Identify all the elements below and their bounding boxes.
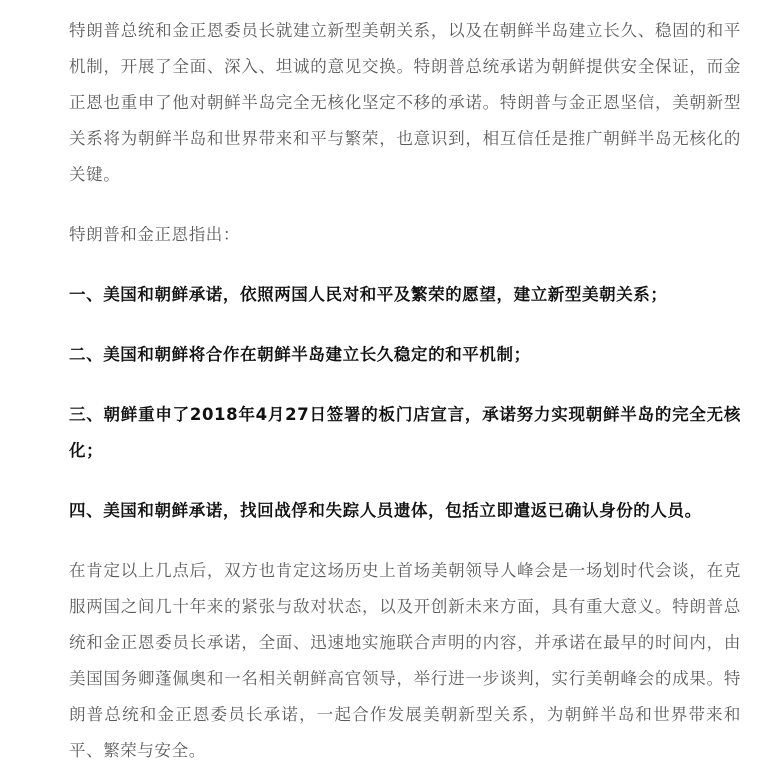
point-four: 四、美国和朝鲜承诺，找回战俘和失踪人员遗体，包括立即遣返已确认身份的人员。 (69, 493, 741, 529)
spacer (69, 529, 741, 553)
spacer (69, 373, 741, 397)
spacer (69, 313, 741, 337)
spacer (69, 253, 741, 277)
conclusion-paragraph: 在肯定以上几点后，双方也肯定这场历史上首场美朝领导人峰会是一场划时代会谈，在克服… (69, 553, 741, 763)
points-lead-in: 特朗普和金正恩指出： (69, 217, 741, 253)
point-three: 三、朝鲜重申了2018年4月27日签署的板门店宣言，承诺努力实现朝鲜半岛的完全无… (69, 397, 741, 469)
article-body: 特朗普总统和金正恩委员长就建立新型美朝关系，以及在朝鲜半岛建立长久、稳固的和平机… (69, 13, 741, 763)
point-one: 一、美国和朝鲜承诺，依照两国人民对和平及繁荣的愿望，建立新型美朝关系； (69, 277, 741, 313)
point-two: 二、美国和朝鲜将合作在朝鲜半岛建立长久稳定的和平机制； (69, 337, 741, 373)
intro-paragraph: 特朗普总统和金正恩委员长就建立新型美朝关系，以及在朝鲜半岛建立长久、稳固的和平机… (69, 13, 741, 193)
spacer (69, 193, 741, 217)
spacer (69, 469, 741, 493)
